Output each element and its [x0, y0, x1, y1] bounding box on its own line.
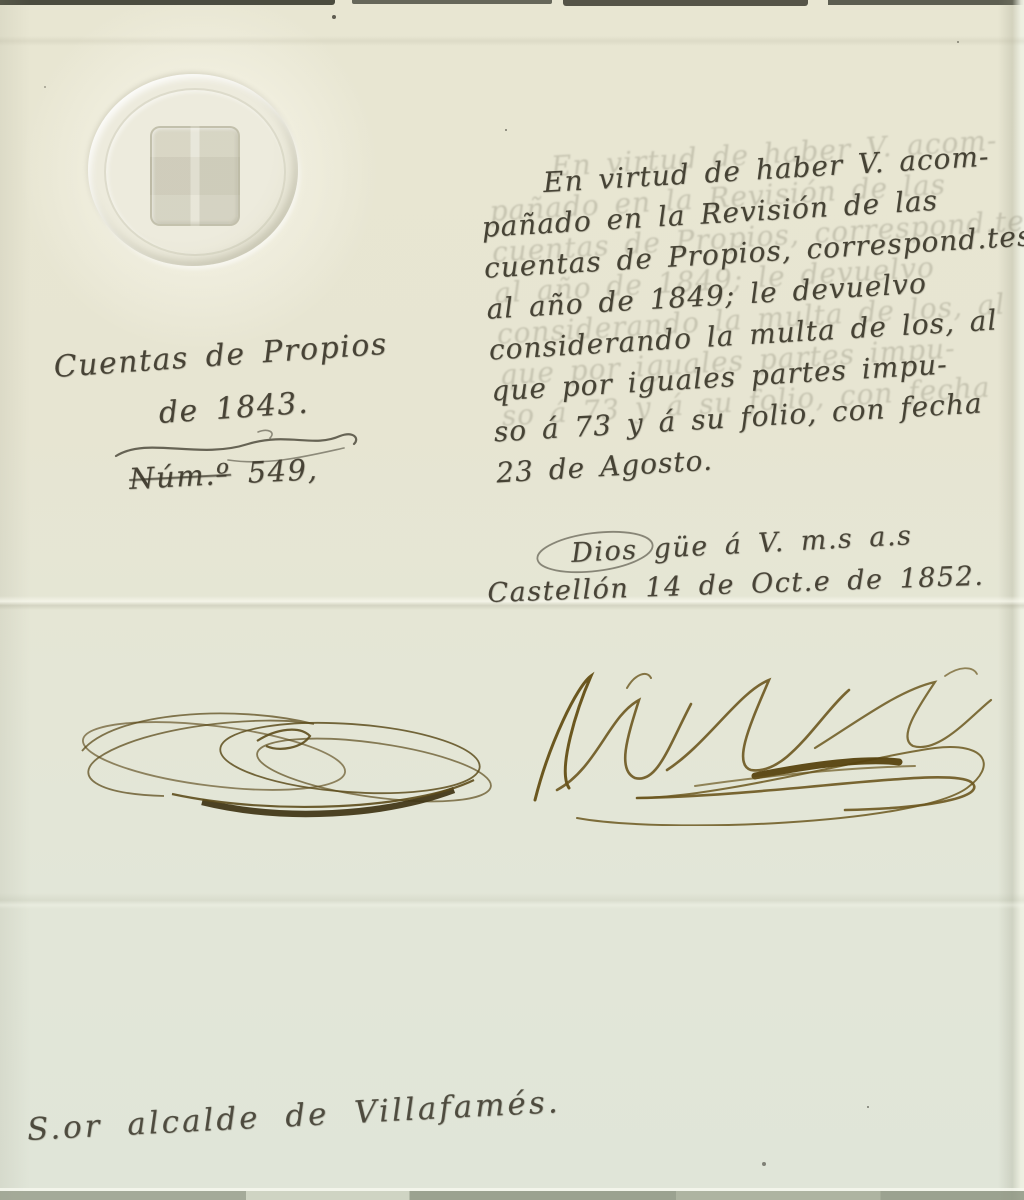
margin-number-label: Núm.º: [128, 457, 232, 496]
seal-coat-of-arms: [150, 126, 240, 226]
closing-salutation: Dios güe á V. m.s a.s: [570, 520, 913, 569]
scan-edge-bottom: [0, 1191, 1024, 1200]
embossed-seal: [88, 74, 298, 266]
scan-edge-top-3: [563, 0, 808, 6]
scan-edge-top-1: [0, 0, 335, 5]
address-line: S.or alcalde de Villafamés.: [26, 1084, 561, 1148]
margin-note-line-1: Cuentas de Propios: [53, 327, 389, 385]
margin-note-number: Núm.º 549,: [128, 452, 319, 496]
manuscript-page: Cuentas de Propios de 1843. Núm.º 549, E…: [0, 0, 1024, 1200]
signature-flourish: [515, 648, 1024, 826]
margin-number-value: 549,: [247, 452, 319, 490]
letter-body: En virtud de haber V. acom- pañado en la…: [478, 133, 1024, 494]
dust-specks: [0, 0, 2, 2]
scan-edge-bottom-highlight: [0, 1188, 1024, 1191]
scan-edge-top-4: [828, 0, 1024, 5]
fold-crease-lower: [0, 893, 1024, 909]
rubric-flourish: [52, 696, 502, 831]
margin-note-line-2: de 1843.: [158, 386, 310, 431]
scan-edge-top-2: [352, 0, 552, 4]
fold-crease-upper: [0, 36, 1024, 46]
